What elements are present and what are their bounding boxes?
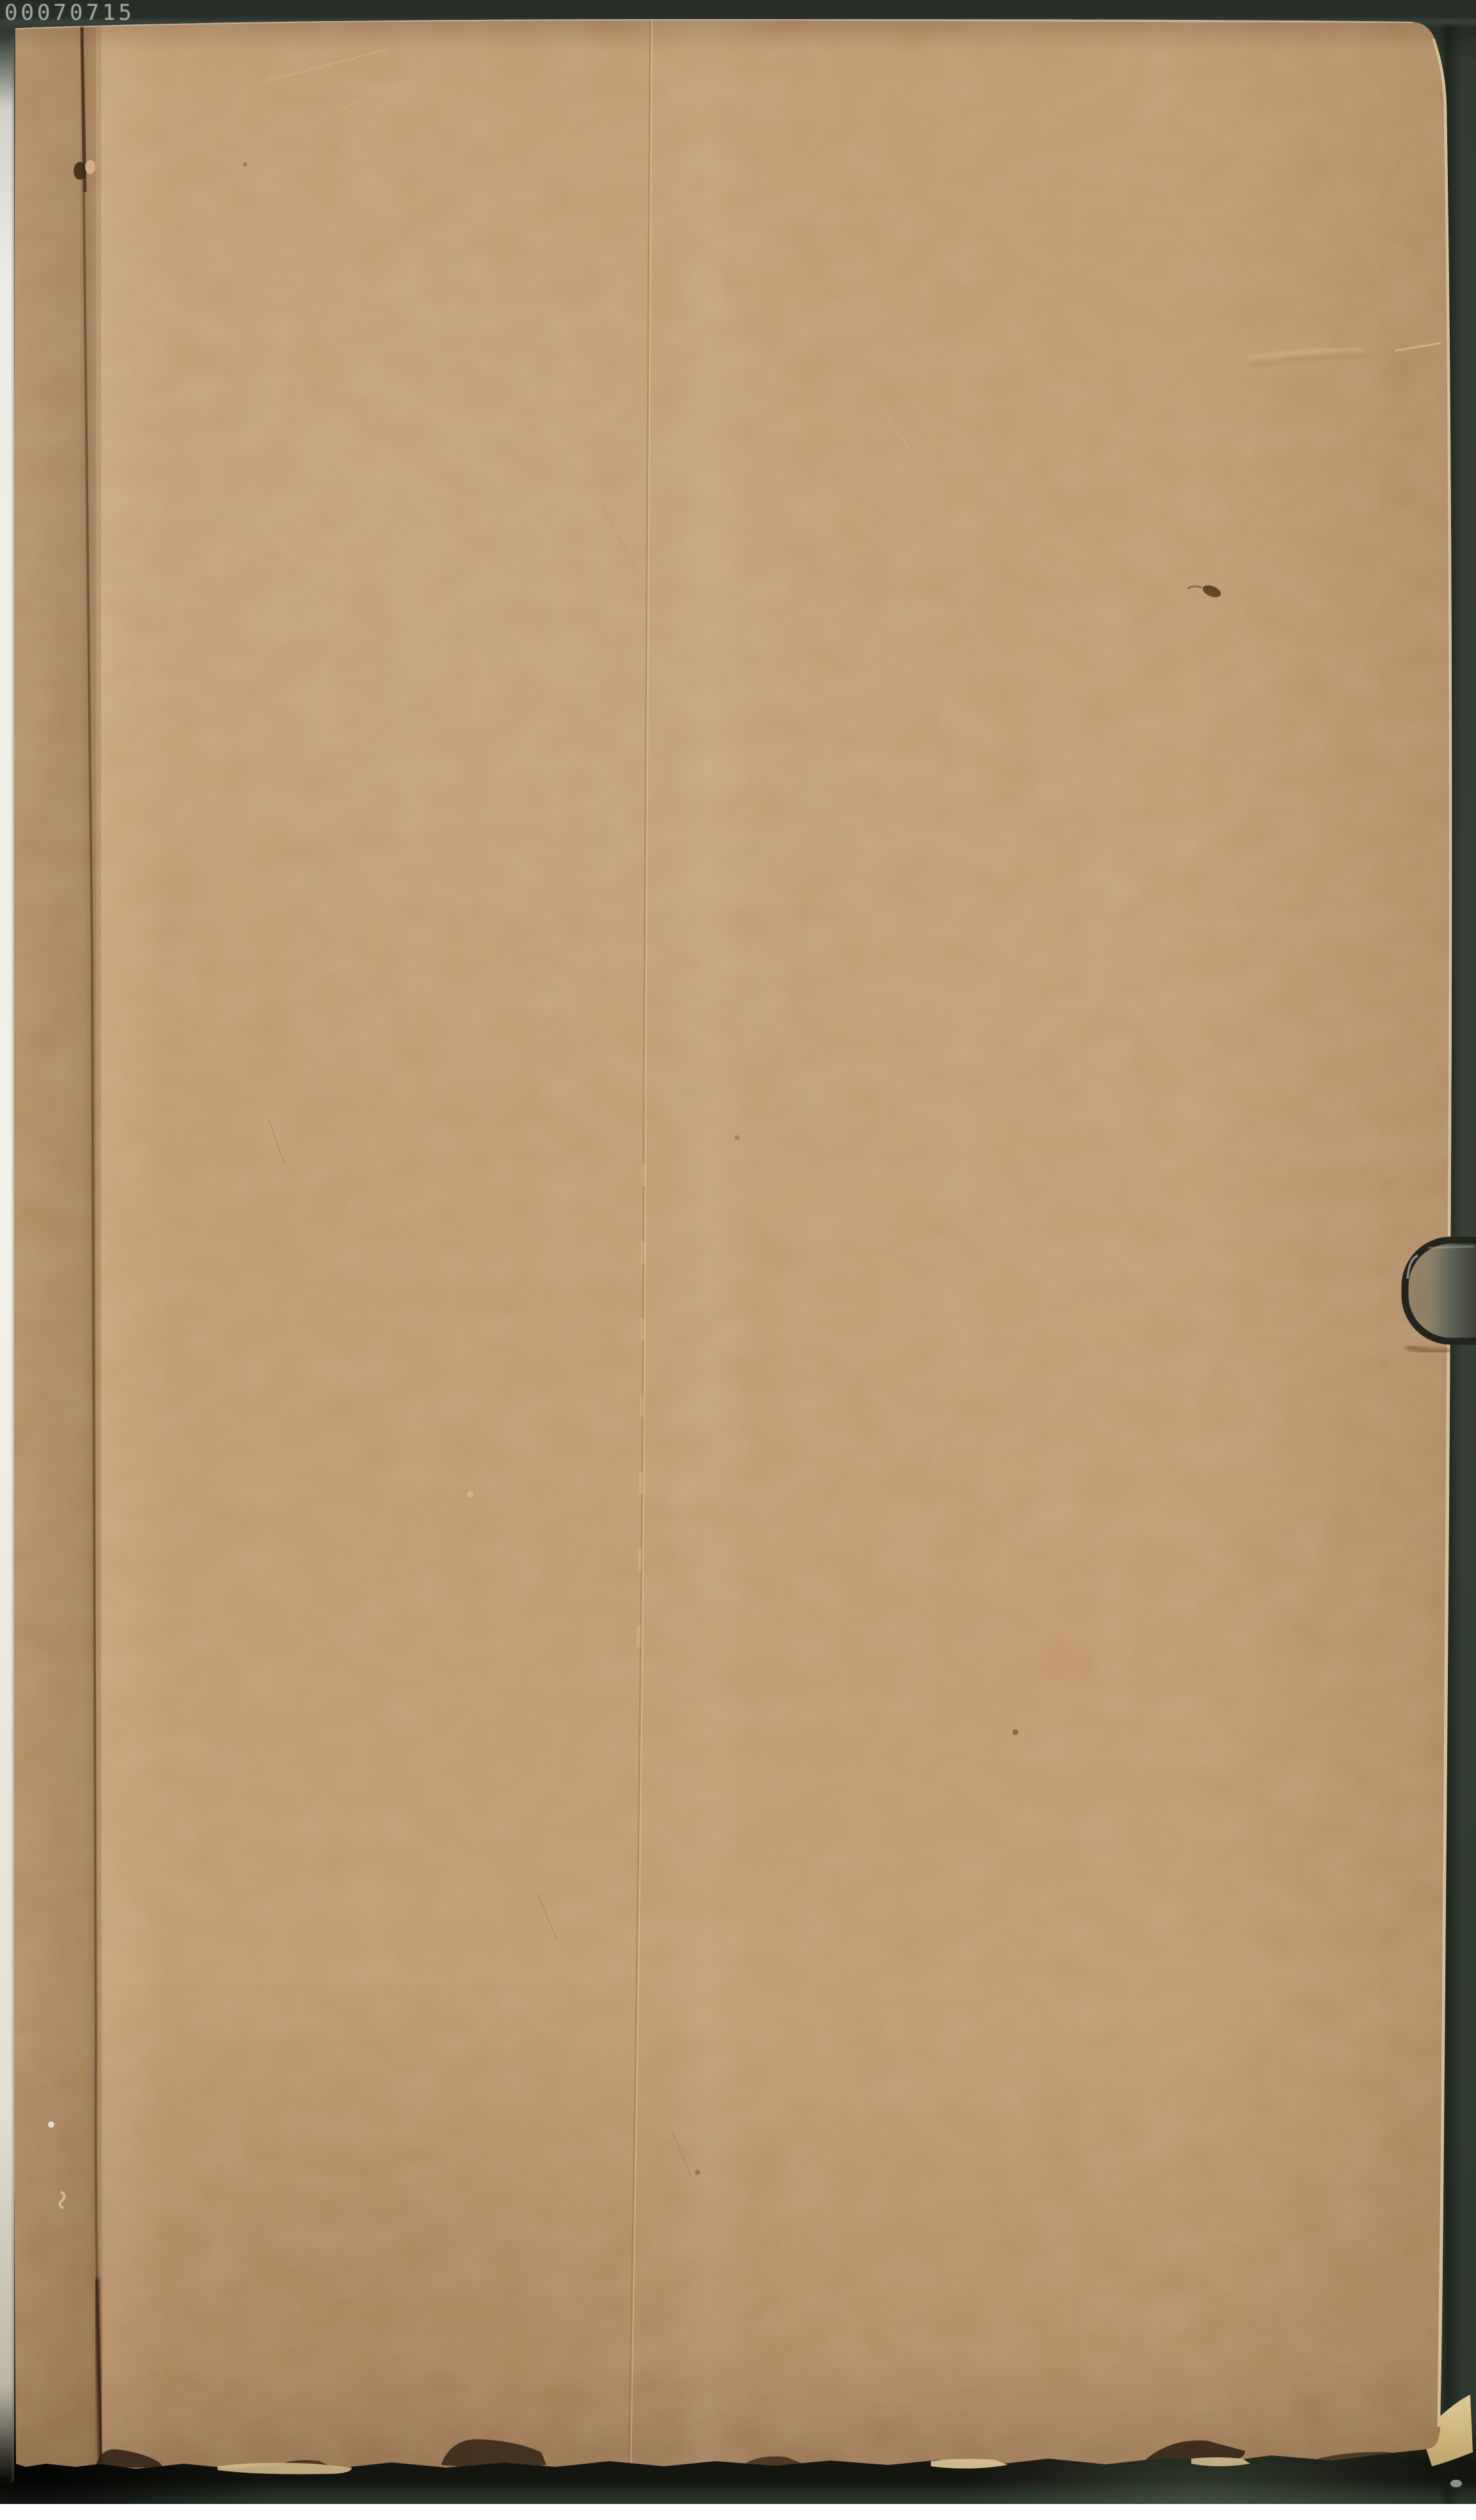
plate-id-text: 00070715: [4, 2, 135, 24]
paper-texture: [0, 0, 1476, 2504]
book-scan-photograph: 00070715: [0, 0, 1476, 2520]
scanned-page-graphic: [0, 0, 1476, 2504]
sewing-hole: [74, 162, 86, 180]
book-fore-edge-strip: [0, 36, 14, 2483]
background-debris-speck: [1450, 2480, 1462, 2487]
